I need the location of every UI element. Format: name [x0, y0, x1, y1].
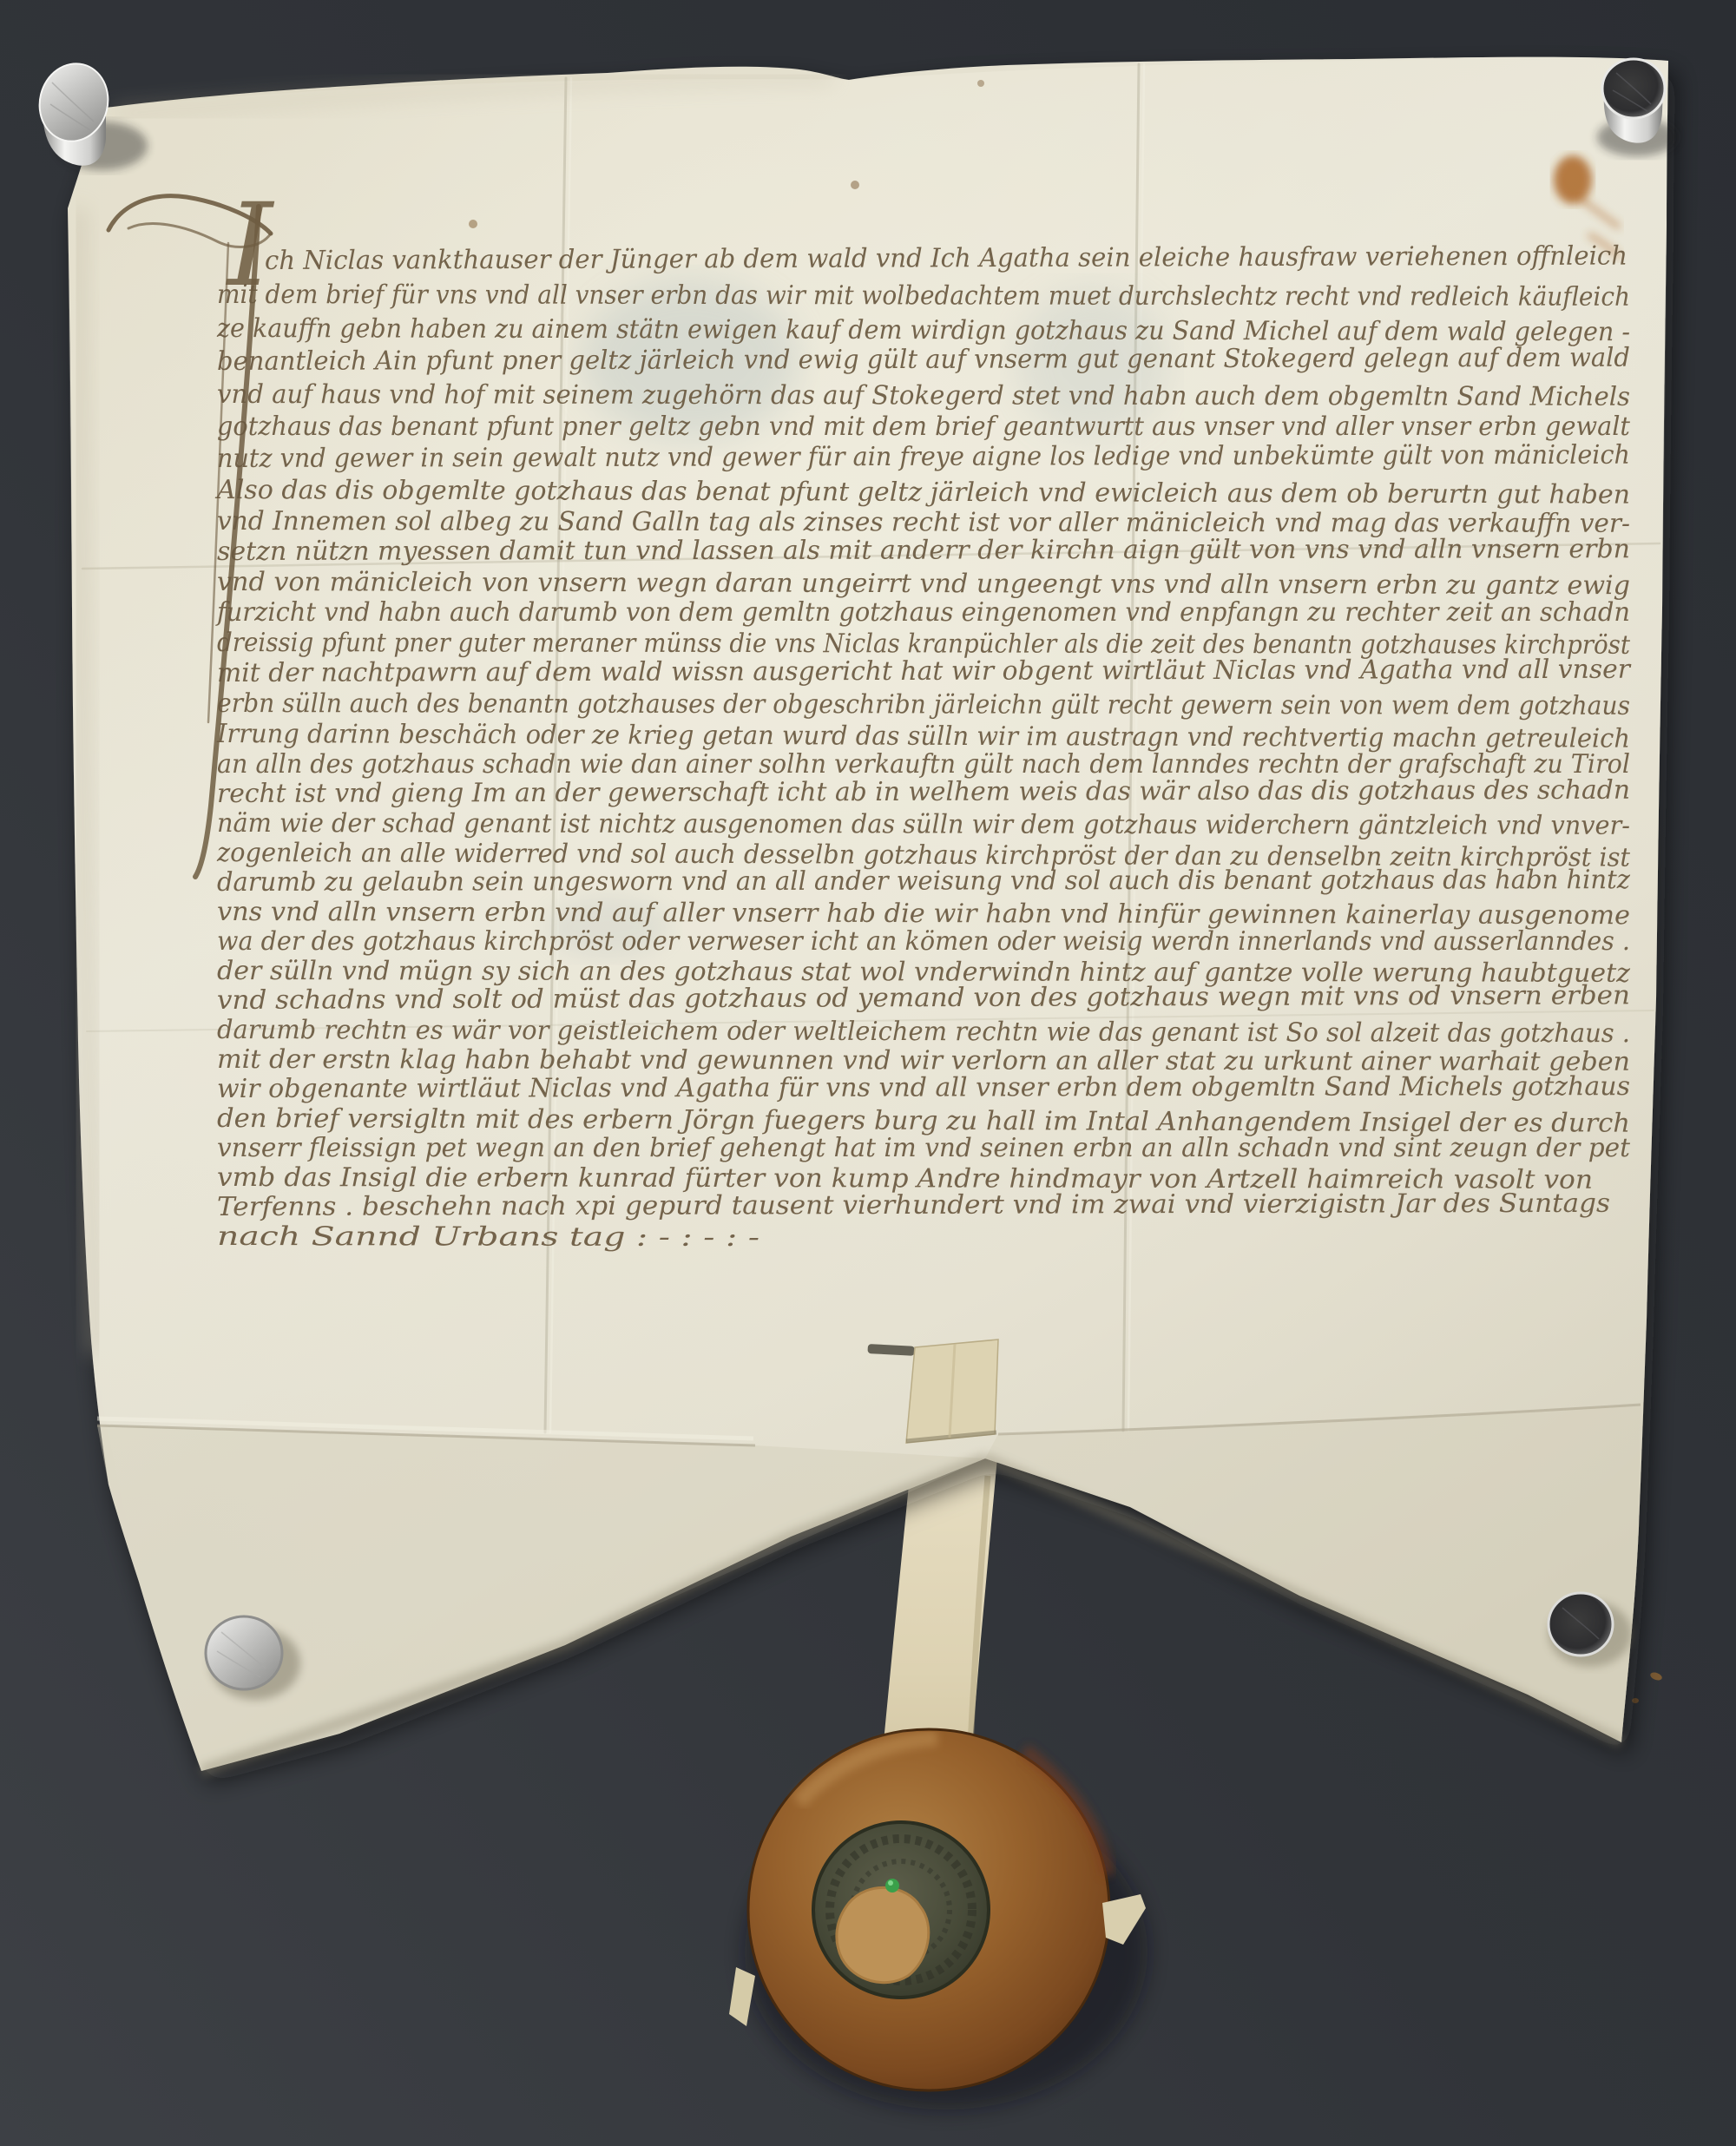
manuscript-line: ze kauffn gebn haben zu ainem stätn ewig… — [216, 313, 1630, 347]
manuscript-line: Terfenns . beschehn nach xpi gepurd taus… — [217, 1188, 1610, 1222]
seal-green-spot — [885, 1879, 899, 1893]
manuscript-line: setzn nützn myessen damit tun vnd lassen… — [217, 534, 1630, 567]
manuscript-line: Also das dis obgemlte gotzhaus das benat… — [214, 475, 1630, 510]
manuscript-text-block: ch Niclas vankthauser der Jünger ab dem … — [214, 241, 1632, 1254]
manuscript-line: ch Niclas vankthauser der Jünger ab dem … — [265, 241, 1627, 276]
manuscript-line: näm wie der schad genant ist nichtz ausg… — [217, 808, 1630, 841]
manuscript-line: vnserr fleissign pet wegn an den brief g… — [217, 1133, 1631, 1163]
manuscript-line: vnd schadns vnd solt od müst das gotzhau… — [217, 980, 1630, 1016]
manuscript-line: wa der des gotzhaus kirchpröst oder verw… — [217, 926, 1630, 957]
manuscript-line: gotzhaus das benant pfunt pner geltz geb… — [217, 411, 1631, 442]
manuscript-line: vnd auf haus vnd hof mit seinem zugehörn… — [217, 379, 1630, 412]
ink-speck — [469, 220, 477, 228]
manuscript-line: nach Sannd Urbans tag : - : - : - — [217, 1221, 759, 1253]
crumb-speck — [1632, 1698, 1639, 1703]
manuscript-line: furzicht vnd habn auch darumb von dem ge… — [215, 597, 1630, 628]
manuscript-line: nutz vnd gewer in sein gewalt nutz vnd g… — [217, 440, 1630, 474]
manuscript-line: mit der nachtpawrn auf dem wald wissn au… — [217, 655, 1632, 688]
manuscript-line: darumb zu gelaubn sein ungesworn vnd an … — [217, 865, 1630, 898]
manuscript-line: wir obgenante wirtläut Niclas vnd Agatha… — [217, 1071, 1630, 1104]
seal-green-spot-glint — [888, 1880, 893, 1886]
manuscript-line: vnd von mänicleich von vnsern wegn daran… — [217, 567, 1630, 601]
manuscript-line: erbn sülln auch des benantn gotzhauses d… — [217, 688, 1630, 721]
ink-speck — [977, 80, 984, 87]
manuscript-line: mit dem brief für vns vnd all vnser erbn… — [217, 280, 1630, 313]
weight-top-face — [1549, 1593, 1613, 1656]
weight-top-face — [206, 1616, 282, 1689]
charter-photograph: I ch Niclas vankthauser der Jünger ab de… — [0, 0, 1736, 2146]
rust-stain — [1554, 155, 1592, 204]
seal-damage-patch — [837, 1887, 929, 1982]
manuscript-line: darumb rechtn es wär vor geistleichem od… — [217, 1015, 1630, 1049]
ink-speck — [851, 181, 859, 189]
manuscript-line: recht ist vnd gieng Im an der gewerschaf… — [217, 775, 1630, 809]
manuscript-line: benantleich Ain pfunt pner geltz järleic… — [217, 343, 1630, 377]
